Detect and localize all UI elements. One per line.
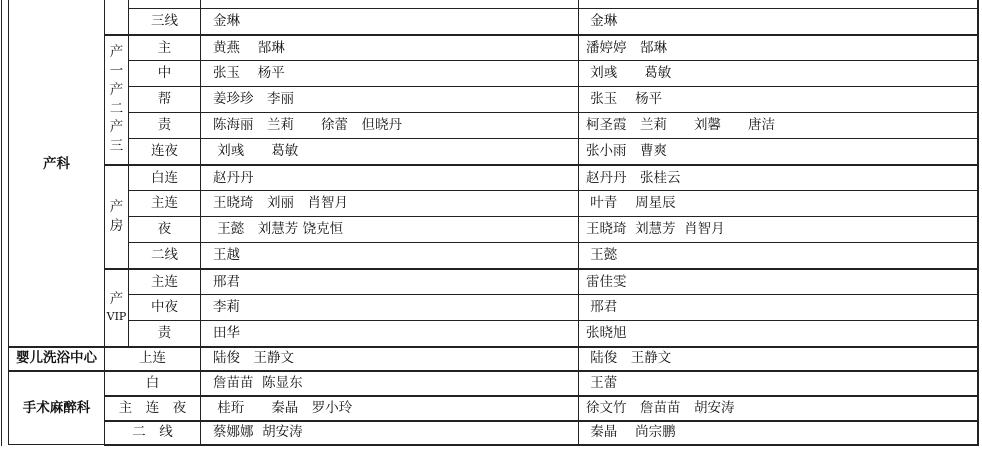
duty-roster-table: 产科三线金琳 金琳产一产二产三主黄燕 郜琳潘婷婷 郜琳中张玉 杨平 刘彧 葛敏帮…	[8, 0, 979, 446]
table-row: 中夜李莉 邢君	[9, 295, 978, 321]
names-cell-right: 柯圣霞 兰莉 刘馨 唐洁	[579, 113, 978, 139]
role-cell: 二线	[129, 243, 201, 269]
names-cell-left: 张玉 杨平	[201, 61, 579, 87]
names-cell-right: 王懿	[579, 243, 978, 269]
role-cell: 责	[129, 113, 201, 139]
table-outer-left-border	[1, 0, 2, 446]
names-cell-right: 邢君	[579, 295, 978, 321]
table-row: 中张玉 杨平 刘彧 葛敏	[9, 61, 978, 87]
group-label-line: 二	[105, 100, 128, 119]
names-cell-left: 蔡娜娜 胡安涛	[201, 421, 579, 445]
names-cell-left: 姜珍珍 李丽	[201, 87, 579, 113]
role-cell: 二 线	[105, 421, 201, 445]
names-cell-right: 秦晶 尚宗鹏	[579, 421, 978, 445]
duty-roster-page: 产科三线金琳 金琳产一产二产三主黄燕 郜琳潘婷婷 郜琳中张玉 杨平 刘彧 葛敏帮…	[0, 0, 982, 449]
group-label-line: 产	[105, 290, 128, 309]
table-row: 三线金琳 金琳	[9, 9, 978, 35]
table-row: 主 连 夜 桂珩 秦晶 罗小玲徐文竹 詹苗苗 胡安涛	[9, 396, 978, 421]
names-cell-right: 徐文竹 詹苗苗 胡安涛	[579, 396, 978, 421]
role-cell: 连夜	[129, 139, 201, 165]
names-cell-right: 陆俊 王静文	[579, 347, 978, 371]
names-cell-left: 赵丹丹	[201, 165, 579, 191]
group-label-line: 产	[105, 43, 128, 62]
names-cell-left: 陆俊 王静文	[201, 347, 579, 371]
names-cell-left: 金琳	[201, 9, 579, 35]
group-label-line: 产	[105, 118, 128, 137]
table-row: 产一产二产三主黄燕 郜琳潘婷婷 郜琳	[9, 35, 978, 61]
table-row: 婴儿洗浴中心上连陆俊 王静文 陆俊 王静文	[9, 347, 978, 371]
group-label-cell	[105, 0, 129, 35]
names-cell-left: 王懿 刘慧芳 饶克恒	[201, 217, 579, 243]
names-cell-right: 王蕾	[579, 371, 978, 396]
department-cell: 产科	[9, 0, 105, 347]
names-cell-right: 叶青 周星辰	[579, 191, 978, 217]
department-cell: 婴儿洗浴中心	[9, 347, 105, 371]
names-cell-left: 邢君	[201, 269, 579, 295]
role-cell: 上连	[105, 347, 201, 371]
table-row: 手术麻醉科白詹苗苗 陈显东 王蕾	[9, 371, 978, 396]
table-row: 主连王晓琦 刘丽 肖智月 叶青 周星辰	[9, 191, 978, 217]
group-label-cell: 产一产二产三	[105, 35, 129, 165]
names-cell-right: 雷佳雯	[579, 269, 978, 295]
role-cell: 主连	[129, 191, 201, 217]
role-cell: 帮	[129, 87, 201, 113]
role-cell: 中夜	[129, 295, 201, 321]
names-cell-left: 詹苗苗 陈显东	[201, 371, 579, 396]
department-cell: 手术麻醉科	[9, 371, 105, 445]
group-label-cell: 产VIP	[105, 269, 129, 347]
role-cell: 主 连 夜	[105, 396, 201, 421]
names-cell-right: 刘彧 葛敏	[579, 61, 978, 87]
role-cell: 白	[105, 371, 201, 396]
names-cell-right: 赵丹丹 张桂云	[579, 165, 978, 191]
group-label-line: 一	[105, 62, 128, 81]
names-cell-left: 陈海丽 兰莉 徐蕾 但晓丹	[201, 113, 579, 139]
role-cell: 主连	[129, 269, 201, 295]
names-cell-right: 金琳	[579, 9, 978, 35]
table-row: 二线王越 王懿	[9, 243, 978, 269]
role-cell: 白连	[129, 165, 201, 191]
table-row: 责田华张晓旭	[9, 321, 978, 347]
group-label-line: 产	[105, 198, 128, 217]
group-label-line: 房	[105, 217, 128, 236]
names-cell-left: 田华	[201, 321, 579, 347]
table-row: 产VIP主连邢君雷佳雯	[9, 269, 978, 295]
names-cell-left: 桂珩 秦晶 罗小玲	[201, 396, 579, 421]
table-row: 夜 王懿 刘慧芳 饶克恒王晓琦 刘慧芳 肖智月	[9, 217, 978, 243]
names-cell-right: 潘婷婷 郜琳	[579, 35, 978, 61]
table-row: 帮姜珍珍 李丽 张玉 杨平	[9, 87, 978, 113]
table-row: 责陈海丽 兰莉 徐蕾 但晓丹柯圣霞 兰莉 刘馨 唐洁	[9, 113, 978, 139]
table-row: 二 线蔡娜娜 胡安涛 秦晶 尚宗鹏	[9, 421, 978, 445]
names-cell-right: 张晓旭	[579, 321, 978, 347]
names-cell-left: 王晓琦 刘丽 肖智月	[201, 191, 579, 217]
table-row: 连夜 刘彧 葛敏张小雨 曹爽	[9, 139, 978, 165]
names-cell-right: 张玉 杨平	[579, 87, 978, 113]
names-cell-left: 李莉	[201, 295, 579, 321]
group-label-line: VIP	[105, 309, 128, 324]
names-cell-left: 王越	[201, 243, 579, 269]
table-row: 产科	[9, 0, 978, 9]
names-cell-left: 黄燕 郜琳	[201, 35, 579, 61]
role-cell: 主	[129, 35, 201, 61]
group-label-line: 产	[105, 81, 128, 100]
role-cell: 夜	[129, 217, 201, 243]
empty-cell	[201, 0, 579, 9]
role-cell: 中	[129, 61, 201, 87]
empty-cell	[579, 0, 978, 9]
group-label-line: 三	[105, 137, 128, 156]
names-cell-right: 张小雨 曹爽	[579, 139, 978, 165]
group-label-cell: 产房	[105, 165, 129, 269]
empty-cell	[129, 0, 201, 9]
names-cell-right: 王晓琦 刘慧芳 肖智月	[579, 217, 978, 243]
role-cell: 三线	[129, 9, 201, 35]
role-cell: 责	[129, 321, 201, 347]
table-row: 产房白连赵丹丹赵丹丹 张桂云	[9, 165, 978, 191]
names-cell-left: 刘彧 葛敏	[201, 139, 579, 165]
